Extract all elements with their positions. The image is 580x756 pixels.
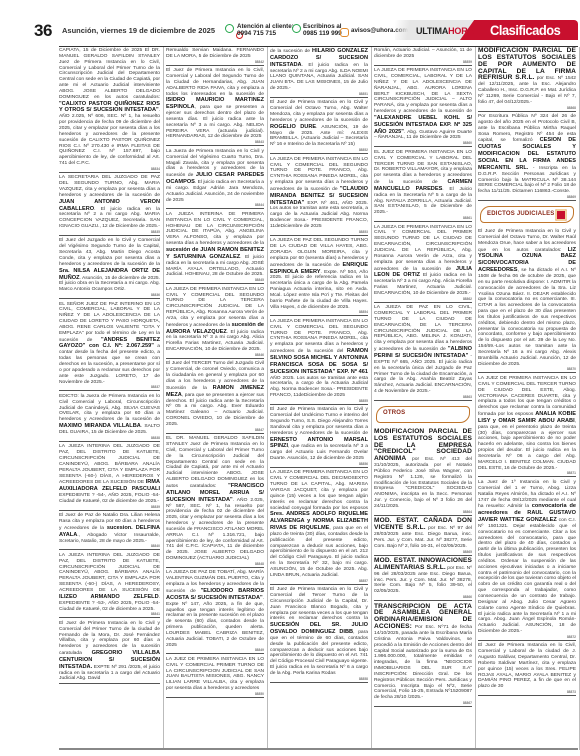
- legal-notice: EDICTO: la Jueza de Primera Instancia en…: [59, 393, 160, 442]
- notice-code: 88873: [478, 690, 576, 694]
- notice-text: LA JUEZA DE PRIMERA INSTANCIA EN LO CIVI…: [270, 470, 368, 510]
- legal-notice: LA JUEZA DE PAZ DE TOBATÍ, Abg. MARÍA VA…: [166, 569, 264, 654]
- legal-notice: El Juez de Paz de Natalio Dra. Lilian He…: [59, 512, 160, 550]
- notice-code: 88859: [374, 60, 472, 64]
- notice-code: 88860: [374, 141, 472, 145]
- notice-text: El Juez de Primera Instancia en lo Civil…: [270, 587, 368, 621]
- notice-text: LA JUEZA DE PRIMERA INSTANCIA EN LO CIVI…: [374, 225, 472, 272]
- legal-notice: LA JUEZA INTERINA DEL JUZGADO DE PAZ, DE…: [59, 443, 160, 510]
- notice-text: LA SECRETARIA DEL JUZGADO DE PAZ DEL SEG…: [59, 175, 160, 198]
- notice-code: 88842: [166, 60, 264, 64]
- notice-text: , para que en el término de 60 días, con…: [270, 630, 368, 676]
- legal-notice: LA JUEZA DE PRIMERA INSTANCIA EN LO CIVI…: [270, 156, 368, 236]
- notice-code: 88858: [270, 677, 368, 681]
- page-number: 36: [34, 21, 52, 41]
- notice-text: EL DR. MANUEL GERALDO SAFILDIN STANLEY J…: [166, 436, 264, 489]
- corporate-notice: MOD. ESTAT. CAÑADA DON VICENTE S.R.L. po…: [374, 517, 472, 555]
- legal-notice: de la sucesión de HILARIO GONZALEZ CARDO…: [270, 47, 368, 98]
- notice-text: , se ha dictado el A.I. Nº 1508 de fecha…: [478, 268, 576, 367]
- page-bottom-rule: [59, 748, 578, 750]
- notice-text: . Expte Nº 147, Año 2025, a fin de que, …: [166, 596, 264, 648]
- email-icon: [340, 28, 349, 37]
- section-header: EDICTOS JUDICIALES: [480, 206, 574, 223]
- legal-notice: LA JUEZA DE PRIMERA INSTANCIA EN LO CIVI…: [374, 224, 472, 303]
- notice-text: El Juez de Primera Instancia en lo Civil…: [478, 643, 576, 689]
- gavel-icon: [555, 209, 567, 221]
- notice-code: 88841: [59, 612, 160, 616]
- corporate-notice: MODIFICACION PARCIAL DE LOS ESTATUTOS SO…: [478, 47, 576, 112]
- legal-notice: Román, Actuario Judicial. – Asunción, 11…: [374, 47, 472, 66]
- notice-body: por Esc. Nº 413 del 31/10/2025, autoriza…: [374, 457, 472, 509]
- notice-text: -EXPTE Nº 665, AÑO 2025. El juicio radic…: [374, 354, 472, 394]
- notice-subject: ROGELIO DURE: [270, 124, 316, 130]
- legal-notice: LA JUEZA DE PRIMERA INSTANCIA EN LO CIVI…: [270, 469, 368, 584]
- legal-notice: La Juez de 1º Instancia en lo Civil y Co…: [478, 479, 576, 641]
- corporate-notice: TRANSCRIPCION DE ACTA DE ASAMBLEA GENERA…: [374, 603, 472, 708]
- notice-code: 88854: [270, 310, 368, 314]
- publication-date: Asunción, viernes 19 de diciembre de 202…: [62, 26, 215, 35]
- notice-code: 88862: [374, 297, 472, 301]
- whatsapp-contact: Escribinos al 0985 119 999: [292, 23, 342, 37]
- notice-code: 88868: [478, 106, 576, 110]
- ultima-hora-logo: ULTIMAHORA: [416, 26, 474, 36]
- customer-service-contact: Atención al cliente: 0994 715 715: [225, 23, 294, 39]
- legal-notice: LA JUEZA DE PAZ EN LO CIVIL, COMERCIAL Y…: [374, 304, 472, 401]
- notice-code: 88863: [374, 395, 472, 399]
- notice-text: El Juez de Primera Instancia en lo Civil…: [478, 229, 576, 253]
- corporate-notice: Por Escritura Pública Nº 324 del 26 de a…: [478, 113, 576, 201]
- notice-text: El Juez de Primera Instancia en lo Civil…: [270, 407, 368, 435]
- legal-notice: LA JUEZA DE PRIMERA INSTANCIA EN LO CIVI…: [270, 318, 368, 405]
- column-4: Román, Actuario Judicial. – Asunción, 11…: [371, 47, 472, 750]
- notice-code: 88867: [374, 701, 472, 705]
- legal-notice: LA JUEZA DE PRIMERA INSTANCIA EN LO CIVI…: [166, 286, 264, 359]
- notice-subject: ILIZEO ARMANDO ZELFELD: [59, 594, 159, 600]
- notice-code: 88870: [478, 367, 576, 371]
- notice-code: 88866: [374, 595, 472, 599]
- notice-code: 88869: [478, 195, 576, 199]
- legal-notice: LA JUEZA DE PRIMERA INSTANCIA EN LO CIVI…: [374, 67, 472, 147]
- notice-code: 88838: [59, 436, 160, 440]
- notice-body: Por Esc. Nº71 de fecha 14/10/2025, pasad…: [374, 625, 472, 700]
- notice-code: 88849: [166, 648, 264, 652]
- legal-notice: LA SECRETARIA DEL JUZGADO DE PAZ DEL SEG…: [59, 174, 160, 236]
- notice-subject: "CALIXTO PASTOR QUIÑONEZ RIOS Y OTROS S/…: [59, 101, 160, 114]
- notice-text: AÑO 2025. Los autos se tramitan ante est…: [270, 376, 368, 399]
- legal-notice: El Juez de Primera Instancia en lo Civil…: [270, 99, 368, 154]
- notice-text: . AÑO 2.025, Nº 606, SEC. Nº 1, ha resue…: [59, 108, 160, 166]
- notice-code: 88852: [270, 148, 368, 152]
- corporate-notice: MODIFICACION PARCIAL DE LOS ESTATUTOS SO…: [374, 428, 472, 516]
- notice-code: 88836: [59, 293, 160, 297]
- column-1: CAPIATA, 15 de Diciembre de 2025 El DR. …: [59, 47, 160, 750]
- column-5: MODIFICACION PARCIAL DE LOS ESTATUTOS SO…: [475, 47, 576, 750]
- section-label: EDICTOS JUDICIALES: [487, 212, 555, 218]
- notice-text: a contar desde la fecha del presente edi…: [59, 344, 160, 384]
- notice-code: 88864: [374, 510, 472, 514]
- legal-notice: EL SEÑOR JUEZ DE PAZ INTERINO EN LO CIVI…: [59, 301, 160, 392]
- notice-code: 88845: [166, 278, 264, 282]
- notice-text: El Juez de Primera Instancia en lo Civil…: [166, 68, 264, 96]
- notice-code: 88855: [270, 399, 368, 403]
- notice-code: 88837: [59, 385, 160, 389]
- notice-code: 88853: [270, 230, 368, 234]
- notice-text: Remualdo Servian Maidana. FERNANDO DE LA…: [166, 48, 264, 59]
- legal-notice: El Juez del Juzgado en lo Civil y Comerc…: [59, 237, 160, 299]
- legal-notice: LA JUEZ DE PRIMERA INSTANCIA EN LO CIVIL…: [166, 656, 264, 698]
- legal-notice: LA JUEZA DE PAZ DEL SEGUNDO TURNO DE LA …: [270, 237, 368, 316]
- notice-text: con C.I. Nº 1501321. Dejar establecido q…: [478, 518, 576, 634]
- notice-code: 88839: [59, 505, 160, 509]
- whatsapp-icon: [225, 24, 234, 33]
- notice-text: EDICTO: la Jueza de Primera Instancia en…: [59, 394, 160, 422]
- page-header: 36 Asunción, viernes 19 de diciembre de …: [0, 0, 580, 42]
- legal-notice: LA JUEZA INTERINA DE PRIMERA INSTANCIA E…: [166, 211, 264, 284]
- legal-notice: CAPIATA, 15 de Diciembre de 2025 El DR. …: [59, 47, 160, 173]
- legal-notice: EL DR. MANUEL GERALDO SAFILDIN STANLEY J…: [166, 435, 264, 568]
- notice-code: 88851: [270, 92, 368, 96]
- contact-label: Atención al cliente:: [237, 23, 294, 30]
- notice-code: 88872: [478, 635, 576, 639]
- notice-code: 88846: [166, 353, 264, 357]
- notice-code: 88834: [59, 167, 160, 171]
- legal-notice: El Juez del TERCER Turno del Juzgado Civ…: [166, 360, 264, 433]
- notice-code: 88856: [270, 462, 368, 466]
- notice-text: de la sucesión de: [270, 49, 310, 54]
- classifieds-columns: CAPIATA, 15 de Diciembre de 2025 El DR. …: [59, 46, 578, 750]
- notice-text: LA JUEZA DE PRIMERA INSTANCIA EN LO CIVI…: [374, 68, 472, 114]
- notice-text: CAPIATA, 15 de Diciembre de 2025 El DR. …: [59, 48, 160, 100]
- contact-number[interactable]: 0985 119 999: [303, 30, 342, 37]
- notice-text: El Juez del Juzgado en lo Civil y Comerc…: [59, 238, 160, 266]
- section-label: OTROS: [383, 411, 405, 417]
- legal-notice: El Juez de Primera Instancia en lo Civil…: [478, 642, 576, 696]
- legal-notice: El Juez de Primera Instancia en lo Civil…: [270, 586, 368, 683]
- notice-text: . Expte. Nº 504, Año 2025. El juicio de …: [270, 270, 368, 310]
- notice-code: 88835: [59, 230, 160, 234]
- section-title: Clasificados: [490, 22, 560, 38]
- notice-code: 88847: [166, 428, 264, 432]
- contact-label: Escribinos al: [303, 23, 342, 30]
- notice-text: . AÑO 2.025, Nº 587, SEC. Nº 1, ha resue…: [166, 498, 264, 561]
- legal-notice: EL JUEZ DE PRIMERA INSTANCIA EN LO CIVIL…: [374, 149, 472, 222]
- notice-code: 88850: [166, 692, 264, 696]
- notice-text: Román, Actuario Judicial. – Asunción, 11…: [374, 48, 472, 59]
- section-header: OTROS: [376, 406, 470, 423]
- column-2: Remualdo Servian Maidana. FERNANDO DE LA…: [163, 47, 264, 750]
- notice-code: 88848: [166, 562, 264, 566]
- whatsapp-icon: [292, 24, 301, 33]
- legal-notice: La Jueza de Primera Instancia en lo Civi…: [166, 148, 264, 210]
- notice-code: 88843: [166, 140, 264, 144]
- notice-code: 88840: [59, 544, 160, 548]
- notice-code: 88857: [270, 579, 368, 583]
- notice-text: LA JUEZA INTERINA DE PRIMERA INSTANCIA E…: [166, 212, 264, 246]
- legal-notice: LA JUEZ DE PRIMERA INSTANCIA EN LO CIVIL…: [478, 375, 576, 478]
- legal-notice: El Juez de Primera Instancia en lo Civil…: [59, 620, 160, 684]
- notice-text: El Juez de Primera Instancia en lo Civil…: [270, 100, 368, 123]
- notice-text: , para que se presenten a ejercer sus de…: [166, 393, 264, 427]
- legal-notice: LA JUEZA INTERINA DEL JUZGADO DE PAZ, DE…: [59, 552, 160, 618]
- notice-text: LA JUEZ DE PRIMERA INSTANCIA EN LO CIVIL…: [166, 657, 264, 691]
- legal-notice: El Juez de Primera Instancia en lo Civil…: [478, 228, 576, 373]
- notice-code: 88844: [166, 203, 264, 207]
- notice-text: EXPEDIENTE ? -54-, AÑO 2025, FOLIO -54- …: [59, 493, 160, 504]
- notice-text: LA JUEZA DE PAZ EN LO CIVIL, COMERCIAL Y…: [374, 305, 472, 352]
- corporate-notice: MOD. ESTAT. INNOWACIONES ALIMENTARIAS S.…: [374, 557, 472, 601]
- notice-text: , para que en el plazo de treinta (30) d…: [270, 526, 368, 578]
- legal-notice: El Juez de Primera Instancia en lo Civil…: [270, 406, 368, 468]
- legal-notice: Remualdo Servian Maidana. FERNANDO DE LA…: [166, 47, 264, 66]
- notice-code: 88871: [478, 471, 576, 475]
- notice-code: 88861: [374, 216, 472, 220]
- notice-text: , para que se presenten a ejercer sus de…: [166, 105, 264, 139]
- notice-code: 88865: [374, 550, 472, 554]
- notice-text: LA JUEZA INTERINA DEL JUZGADO DE PAZ, DE…: [59, 553, 160, 593]
- notice-text: , para que, en el perentorio plazo de tr…: [478, 419, 576, 471]
- column-3: de la sucesión de HILARIO GONZALEZ CARDO…: [267, 47, 368, 750]
- notice-subject: MAXIMO MIRANDA VILLALBA: [59, 423, 141, 429]
- legal-notice: El Juez de Primera Instancia en lo Civil…: [166, 67, 264, 146]
- contact-number[interactable]: 0994 715 715: [237, 30, 294, 37]
